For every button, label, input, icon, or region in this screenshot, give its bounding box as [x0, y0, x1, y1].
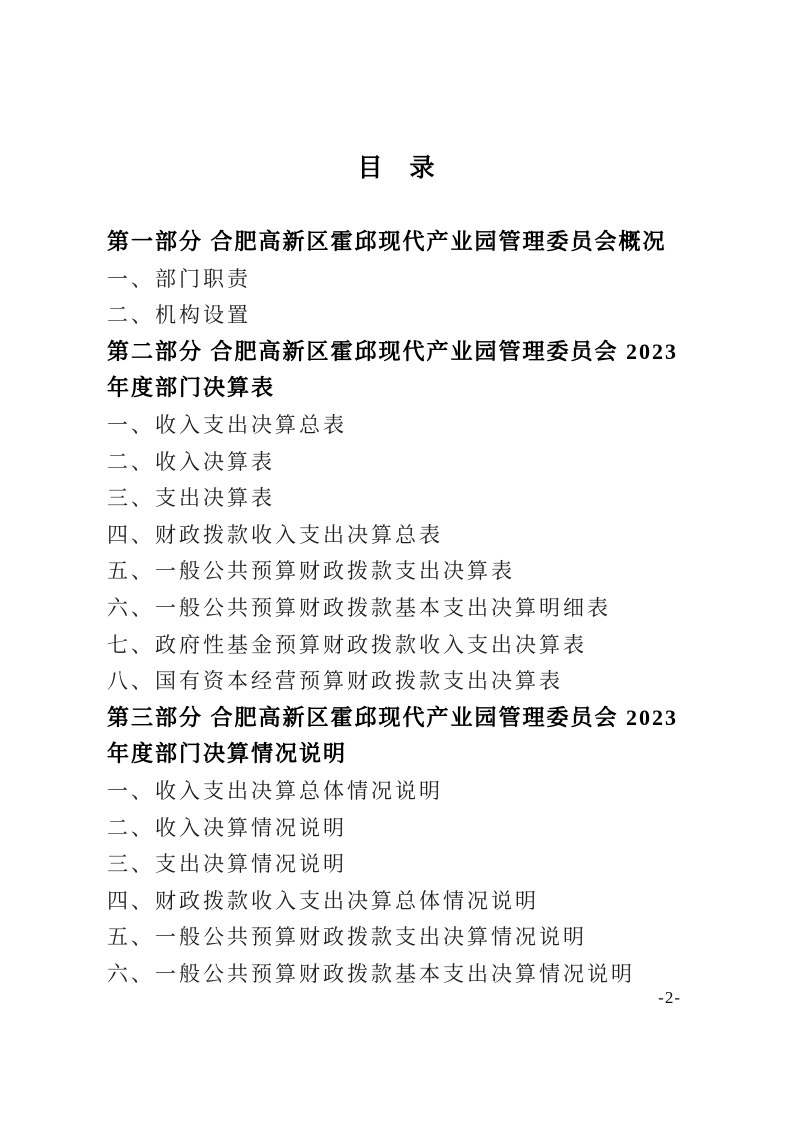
toc-item-s3-5: 五、一般公共预算财政拨款支出决算情况说明: [107, 919, 713, 956]
toc-item-s1-2: 二、机构设置: [107, 297, 713, 334]
toc-item-s3-3: 三、支出决算情况说明: [107, 846, 713, 883]
section-1-heading: 第一部分 合肥高新区霍邱现代产业园管理委员会概况: [107, 224, 713, 261]
toc-item-s2-2: 二、收入决算表: [107, 444, 713, 481]
toc-item-s2-1: 一、收入支出决算总表: [107, 407, 713, 444]
page-number: -2-: [658, 988, 681, 1008]
toc-item-s3-2: 二、收入决算情况说明: [107, 810, 713, 847]
section-3-heading-line-1: 第三部分 合肥高新区霍邱现代产业园管理委员会 2023: [107, 700, 713, 737]
toc-item-s3-1: 一、收入支出决算总体情况说明: [107, 773, 713, 810]
toc-item-s1-1: 一、部门职责: [107, 261, 713, 298]
toc-item-s2-8: 八、国有资本经营预算财政拨款支出决算表: [107, 663, 713, 700]
toc-item-s2-6: 六、一般公共预算财政拨款基本支出决算明细表: [107, 590, 713, 627]
toc-item-s2-7: 七、政府性基金预算财政拨款收入支出决算表: [107, 627, 713, 664]
toc-item-s3-6: 六、一般公共预算财政拨款基本支出决算情况说明: [107, 956, 713, 993]
section-2-heading-line-2: 年度部门决算表: [107, 370, 713, 407]
document-page: 目 录 第一部分 合肥高新区霍邱现代产业园管理委员会概况 一、部门职责 二、机构…: [0, 0, 793, 1122]
section-3-heading-line-2: 年度部门决算情况说明: [107, 736, 713, 773]
toc-list: 第一部分 合肥高新区霍邱现代产业园管理委员会概况 一、部门职责 二、机构设置 第…: [107, 224, 713, 992]
toc-item-s2-4: 四、财政拨款收入支出决算总表: [107, 517, 713, 554]
toc-item-s3-4: 四、财政拨款收入支出决算总体情况说明: [107, 883, 713, 920]
toc-item-s2-3: 三、支出决算表: [107, 480, 713, 517]
toc-item-s2-5: 五、一般公共预算财政拨款支出决算表: [107, 553, 713, 590]
toc-title: 目 录: [0, 148, 793, 184]
section-2-heading-line-1: 第二部分 合肥高新区霍邱现代产业园管理委员会 2023: [107, 334, 713, 371]
